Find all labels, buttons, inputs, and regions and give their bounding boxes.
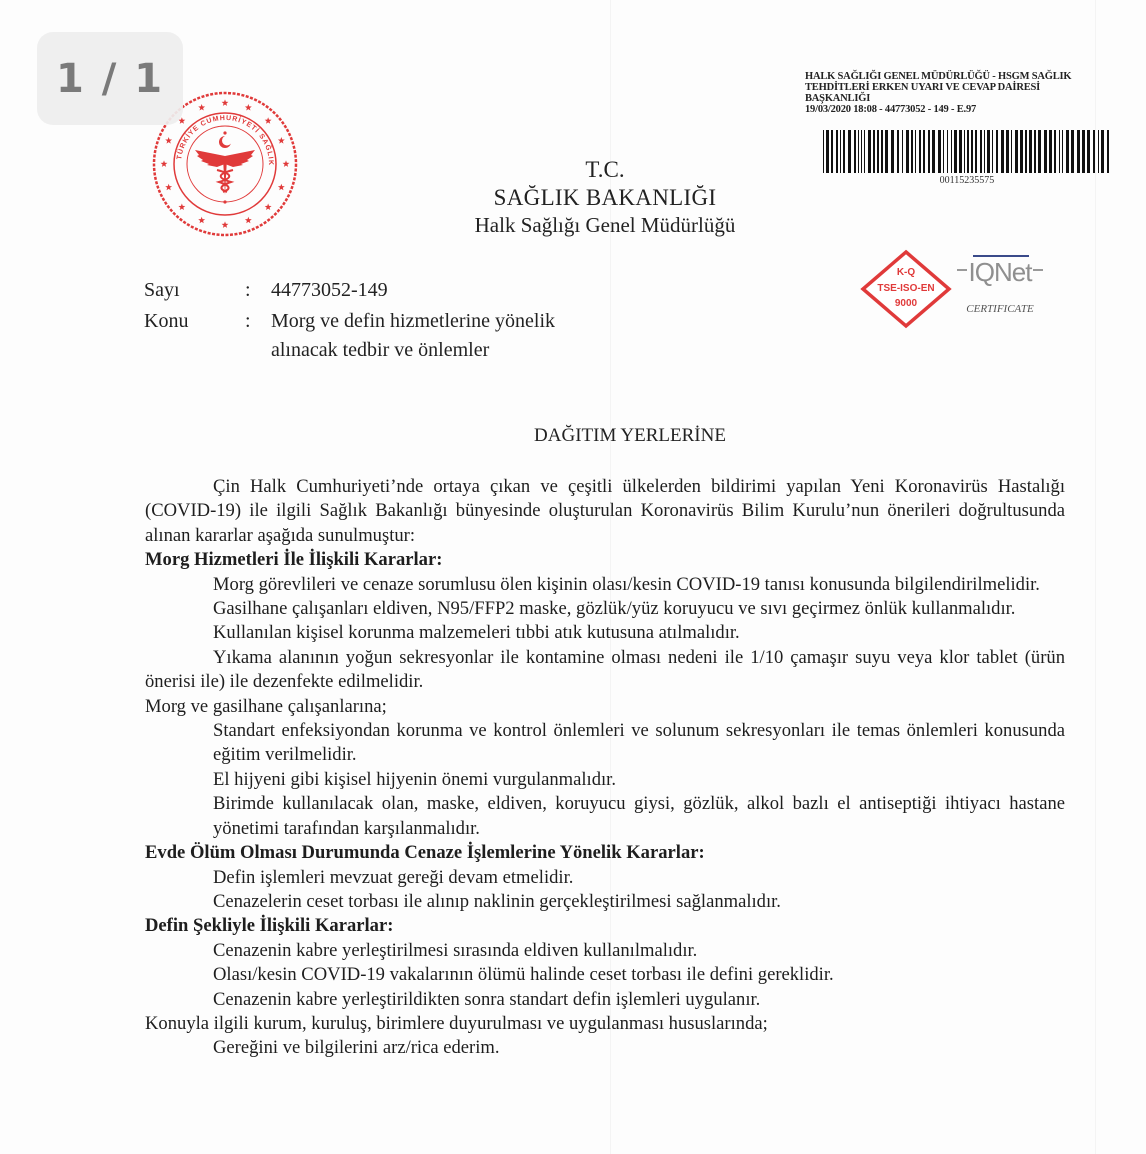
letterhead-ministry: SAĞLIK BAKANLIĞI	[400, 185, 810, 211]
list-item: Standart enfeksiyondan korunma ve kontro…	[145, 719, 1065, 768]
document-page: TÜRKİYE CUMHURİYETİ SAĞLIK BAKANLIĞI 1 /…	[0, 0, 1146, 1154]
list-item: Birimde kullanılacak olan, maske, eldive…	[145, 792, 1065, 841]
konu-label: Konu	[144, 310, 234, 333]
closing-line: Konuyla ilgili kurum, kuruluş, birimlere…	[145, 1012, 1065, 1036]
page-counter: 1 / 1	[37, 32, 183, 125]
list-item: Yıkama alanının yoğun sekresyonlar ile k…	[145, 646, 1065, 695]
list-item: Gasilhane çalışanları eldiven, N95/FFP2 …	[145, 597, 1065, 621]
letter-body: Çin Halk Cumhuriyeti’nde ortaya çıkan ve…	[145, 475, 1065, 1061]
intro-paragraph: Çin Halk Cumhuriyeti’nde ortaya çıkan ve…	[145, 475, 1065, 548]
barcode-number: 00115235575	[823, 175, 1111, 186]
stamp-line: TEHDİTLERİ ERKEN UYARI VE CEVAP DAİRESİ	[805, 82, 1115, 93]
staff-intro: Morg ve gasilhane çalışanlarına;	[145, 695, 1065, 719]
svg-text:TSE-ISO-EN: TSE-ISO-EN	[877, 283, 934, 294]
list-item: Olası/kesin COVID-19 vakalarının ölümü h…	[145, 963, 1065, 987]
separator: :	[245, 310, 251, 333]
stamp-line: BAŞKANLIĞI	[805, 93, 1115, 104]
section-heading: Morg Hizmetleri İle İlişkili Kararlar:	[145, 548, 1065, 572]
iqnet-name: IQNet	[955, 257, 1045, 288]
list-item: Morg görevlileri ve cenaze sorumlusu öle…	[145, 573, 1065, 597]
tse-certificate-icon: K-Q TSE-ISO-EN 9000	[860, 249, 952, 329]
letterhead-department: Halk Sağlığı Genel Müdürlüğü	[400, 213, 810, 238]
separator: :	[245, 279, 251, 302]
list-item: Kullanılan kişisel korunma malzemeleri t…	[145, 621, 1065, 645]
list-item: Defin işlemleri mevzuat gereği devam etm…	[145, 866, 1065, 890]
section-heading: Evde Ölüm Olması Durumunda Cenaze İşleml…	[145, 841, 1065, 865]
iqnet-certificate-logo: IQNet CERTIFICATE	[955, 255, 1045, 325]
stamp-date-reference: 19/03/2020 18:08 - 44773052 - 149 - E.97	[805, 104, 1115, 115]
distribution-heading: DAĞITIM YERLERİNE	[480, 425, 780, 447]
svg-text:9000: 9000	[895, 298, 918, 309]
list-item: Cenazenin kabre yerleştirilmesi sırasınd…	[145, 939, 1065, 963]
list-item: El hijyeni gibi kişisel hijyenin önemi v…	[145, 768, 1065, 792]
scan-fold-line	[1095, 0, 1096, 1154]
letterhead-tc: T.C.	[400, 157, 810, 183]
registry-stamp: HALK SAĞLIĞI GENEL MÜDÜRLÜĞÜ - HSGM SAĞL…	[805, 71, 1115, 115]
list-item: Cenazelerin ceset torbası ile alınıp nak…	[145, 890, 1065, 914]
sayi-label: Sayı	[144, 279, 234, 302]
konu-value: alınacak tedbir ve önlemler	[271, 339, 489, 362]
svg-text:K-Q: K-Q	[897, 267, 916, 278]
closing-sentence: Gereğini ve bilgilerini arz/rica ederim.	[145, 1036, 1065, 1060]
list-item: Cenazenin kabre yerleştirildikten sonra …	[145, 988, 1065, 1012]
iqnet-caption: CERTIFICATE	[955, 303, 1045, 315]
barcode-icon	[823, 130, 1111, 173]
sayi-value: 44773052-149	[271, 279, 388, 302]
section-heading: Defin Şekliyle İlişkili Kararlar:	[145, 914, 1065, 938]
konu-value: Morg ve defin hizmetlerine yönelik	[271, 310, 555, 333]
stamp-line: HALK SAĞLIĞI GENEL MÜDÜRLÜĞÜ - HSGM SAĞL…	[805, 71, 1115, 82]
